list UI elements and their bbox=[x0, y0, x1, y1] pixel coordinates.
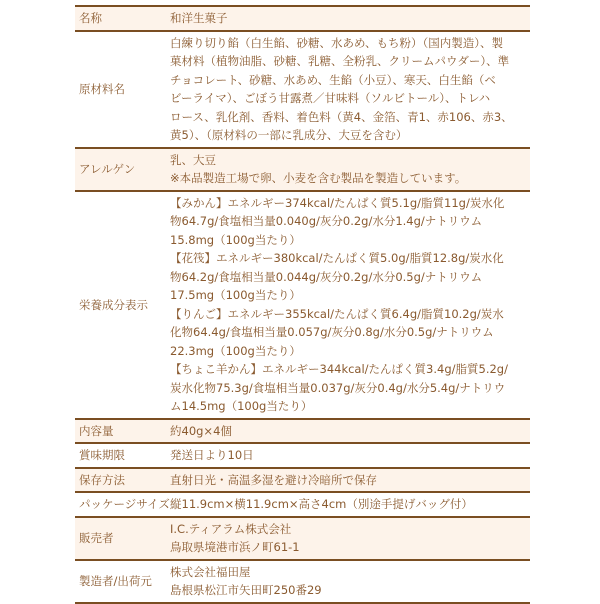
row-ingredients: 原材料名 白練り切り餡（白生餡、砂糖、水あめ、もち粉）（国内製造）、製 菓材料（… bbox=[75, 30, 530, 147]
value-line: 菓材料（植物油脂、砂糖、乳糖、全粉乳、クリームパウダー）、準 bbox=[170, 52, 530, 71]
row-label: 賞味期限 bbox=[75, 444, 164, 467]
value-line: 白練り切り餡（白生餡、砂糖、水あめ、もち粉）（国内製造）、製 bbox=[170, 34, 530, 53]
value-line: 物64.7g/食塩相当量0.040g/灰分0.2g/水分1.4g/ナトリウム bbox=[170, 212, 530, 231]
row-label: 販売者 bbox=[75, 518, 164, 559]
row-package-size: パッケージサイズ 縦11.9cm×横11.9cm×高さ4cm（別途手提げバッグ付… bbox=[75, 491, 530, 516]
value-line: 直射日光・高温多湿を避け冷暗所で保存 bbox=[170, 471, 530, 490]
row-value: I.C.ティアラム株式会社 鳥取県境港市浜ノ町61-1 bbox=[164, 518, 530, 559]
row-label: 製造者/出荷元 bbox=[75, 561, 164, 601]
row-label: パッケージサイズ bbox=[75, 493, 164, 516]
value-line: 22.3mg（100g当たり） bbox=[170, 342, 530, 361]
value-line: I.C.ティアラム株式会社 bbox=[170, 520, 530, 539]
row-best-before: 賞味期限 発送日より10日 bbox=[75, 442, 530, 467]
row-value: 【みかん】エネルギー374kcal/たんぱく質5.1g/脂質11g/炭水化 物6… bbox=[164, 192, 530, 418]
product-info-table: 名称 和洋生菓子 原材料名 白練り切り餡（白生餡、砂糖、水あめ、もち粉）（国内製… bbox=[75, 5, 530, 600]
row-label: 原材料名 bbox=[75, 32, 164, 147]
row-label: 栄養成分表示 bbox=[75, 192, 164, 418]
row-value: 直射日光・高温多湿を避け冷暗所で保存 bbox=[164, 469, 530, 492]
row-contents: 内容量 約40g×4個 bbox=[75, 418, 530, 443]
value-line: 炭水化物75.3g/食塩相当量0.037g/灰分0.4g/水分5.4g/ナトリウ bbox=[170, 379, 530, 398]
row-manufacturer: 製造者/出荷元 株式会社福田屋 島根県松江市矢田町250番29 bbox=[75, 559, 530, 601]
value-line: ※本品製造工場で卵、小麦を含む製品を製造しています。 bbox=[170, 169, 530, 188]
row-value: 乳、大豆 ※本品製造工場で卵、小麦を含む製品を製造しています。 bbox=[164, 149, 530, 190]
value-line: 物64.2g/食塩相当量0.044g/灰分0.2g/水分0.5g/ナトリウム bbox=[170, 268, 530, 287]
row-label: 内容量 bbox=[75, 420, 164, 443]
row-allergens: アレルゲン 乳、大豆 ※本品製造工場で卵、小麦を含む製品を製造しています。 bbox=[75, 147, 530, 190]
value-line: 約40g×4個 bbox=[170, 422, 530, 441]
value-line: 発送日より10日 bbox=[170, 446, 530, 465]
row-value: 発送日より10日 bbox=[164, 444, 530, 467]
row-value: 株式会社福田屋 島根県松江市矢田町250番29 bbox=[164, 561, 530, 601]
value-line: 黄5）、（原材料の一部に乳成分、大豆を含む） bbox=[170, 126, 530, 145]
value-line: ム14.5mg（100g当たり） bbox=[170, 397, 530, 416]
row-name: 名称 和洋生菓子 bbox=[75, 5, 530, 30]
value-line: ロース、乳化剤、香料、着色料（黄4、金箔、青1、赤106、赤3、 bbox=[170, 108, 530, 127]
value-line: ビーライマ）、ごぼう甘露煮／甘味料（ソルビトール）、トレハ bbox=[170, 89, 530, 108]
row-label: アレルゲン bbox=[75, 149, 164, 190]
value-line: 縦11.9cm×横11.9cm×高さ4cm（別途手提げバッグ付） bbox=[170, 495, 530, 514]
value-line: 鳥取県境港市浜ノ町61-1 bbox=[170, 538, 530, 557]
value-line: 15.8mg（100g当たり） bbox=[170, 231, 530, 250]
row-nutrition: 栄養成分表示 【みかん】エネルギー374kcal/たんぱく質5.1g/脂質11g… bbox=[75, 190, 530, 418]
value-line: 乳、大豆 bbox=[170, 151, 530, 170]
value-line: 株式会社福田屋 bbox=[170, 563, 530, 582]
value-line: 【ちょこ羊かん】エネルギー344kcal/たんぱく質3.4g/脂質5.2g/ bbox=[170, 360, 530, 379]
value-line: 【りんご】エネルギー355kcal/たんぱく質6.4g/脂質10.2g/炭水 bbox=[170, 305, 530, 324]
value-line: 【みかん】エネルギー374kcal/たんぱく質5.1g/脂質11g/炭水化 bbox=[170, 194, 530, 213]
row-value: 白練り切り餡（白生餡、砂糖、水あめ、もち粉）（国内製造）、製 菓材料（植物油脂、… bbox=[164, 32, 530, 147]
value-line: チョコレート、砂糖、水あめ、生餡（小豆）、寒天、白生餡（ベ bbox=[170, 71, 530, 90]
row-value: 和洋生菓子 bbox=[164, 7, 530, 30]
row-storage: 保存方法 直射日光・高温多湿を避け冷暗所で保存 bbox=[75, 467, 530, 492]
row-value: 縦11.9cm×横11.9cm×高さ4cm（別途手提げバッグ付） bbox=[164, 493, 530, 516]
value-line: 島根県松江市矢田町250番29 bbox=[170, 581, 530, 600]
row-label: 保存方法 bbox=[75, 469, 164, 492]
value-line: 化物64.4g/食塩相当量0.057g/灰分0.8g/水分0.5g/ナトリウム bbox=[170, 323, 530, 342]
row-label: 名称 bbox=[75, 7, 164, 30]
value-line: 和洋生菓子 bbox=[170, 9, 530, 28]
value-line: 【花筏】エネルギー380kcal/たんぱく質5.0g/脂質12.8g/炭水化 bbox=[170, 249, 530, 268]
row-value: 約40g×4個 bbox=[164, 420, 530, 443]
value-line: 17.5mg（100g当たり） bbox=[170, 286, 530, 305]
row-seller: 販売者 I.C.ティアラム株式会社 鳥取県境港市浜ノ町61-1 bbox=[75, 516, 530, 559]
